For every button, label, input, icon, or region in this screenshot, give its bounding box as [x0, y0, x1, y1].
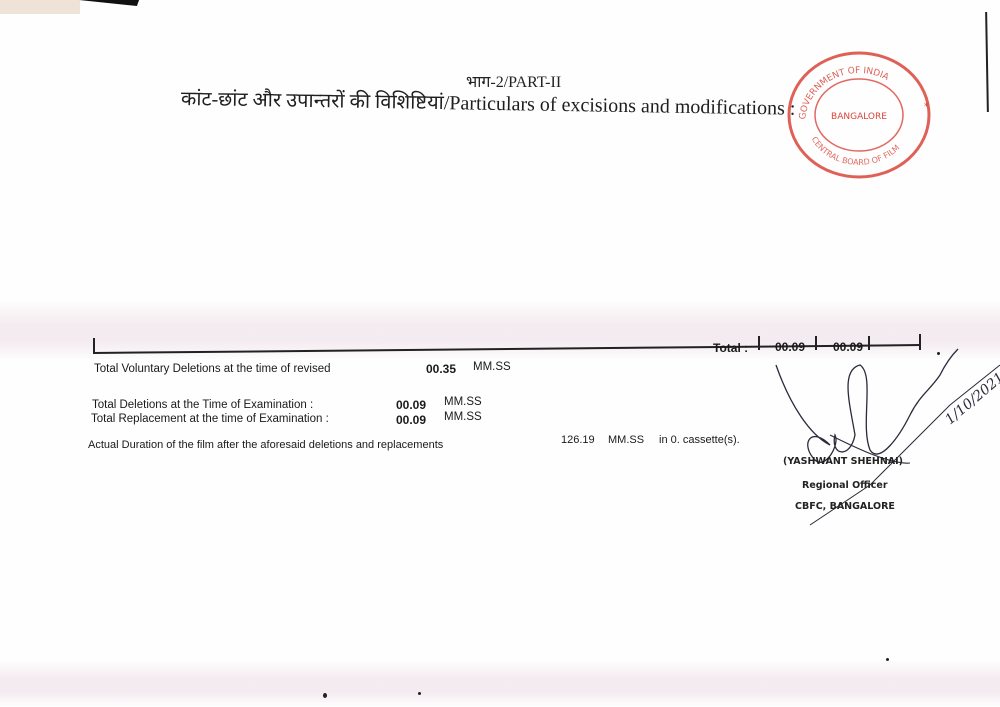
deletions-label: Total Deletions at the Time of Examinati…: [92, 399, 313, 411]
table-left-border: [93, 338, 95, 354]
replacement-label: Total Replacement at the time of Examina…: [91, 413, 329, 425]
svg-text:1/10/2021: 1/10/2021: [942, 370, 1000, 428]
scan-speck: [323, 693, 327, 698]
scan-artifact: [0, 0, 80, 14]
scan-edge-line: [985, 12, 989, 112]
duration-label: Actual Duration of the film after the af…: [88, 439, 443, 451]
section-heading: कांट-छांट और उपान्तरों की विशिष्टियां/Pa…: [181, 84, 796, 121]
signatory-name: (YASHWANT SHEHNAI): [783, 456, 903, 467]
scan-speck: [937, 352, 940, 355]
table-column-divider: [758, 336, 760, 350]
scan-noise: [0, 660, 1000, 707]
cbfc-stamp-icon: GOVERNMENT OF INDIA CENTRAL BOARD OF FIL…: [783, 43, 935, 181]
voluntary-deletions-label: Total Voluntary Deletions at the time of…: [94, 363, 331, 375]
scan-speck: [886, 658, 889, 661]
voluntary-deletions-unit: MM.SS: [473, 361, 511, 373]
scan-artifact: [77, 0, 139, 6]
duration-unit: MM.SS: [608, 434, 644, 446]
total-label: Total :: [713, 341, 748, 355]
deletions-unit: MM.SS: [444, 396, 482, 408]
svg-text:BANGALORE: BANGALORE: [831, 112, 887, 122]
replacement-value: 00.09: [396, 413, 426, 427]
voluntary-deletions-value: 00.35: [426, 362, 456, 376]
duration-value: 126.19: [561, 434, 595, 446]
duration-suffix: in 0. cassette(s).: [659, 434, 740, 446]
scan-speck: [418, 692, 421, 695]
signatory-office: CBFC, BANGALORE: [795, 501, 895, 512]
replacement-unit: MM.SS: [444, 411, 482, 423]
signatory-title: Regional Officer: [802, 480, 888, 491]
svg-text:*: *: [924, 102, 929, 112]
deletions-value: 00.09: [396, 398, 426, 412]
